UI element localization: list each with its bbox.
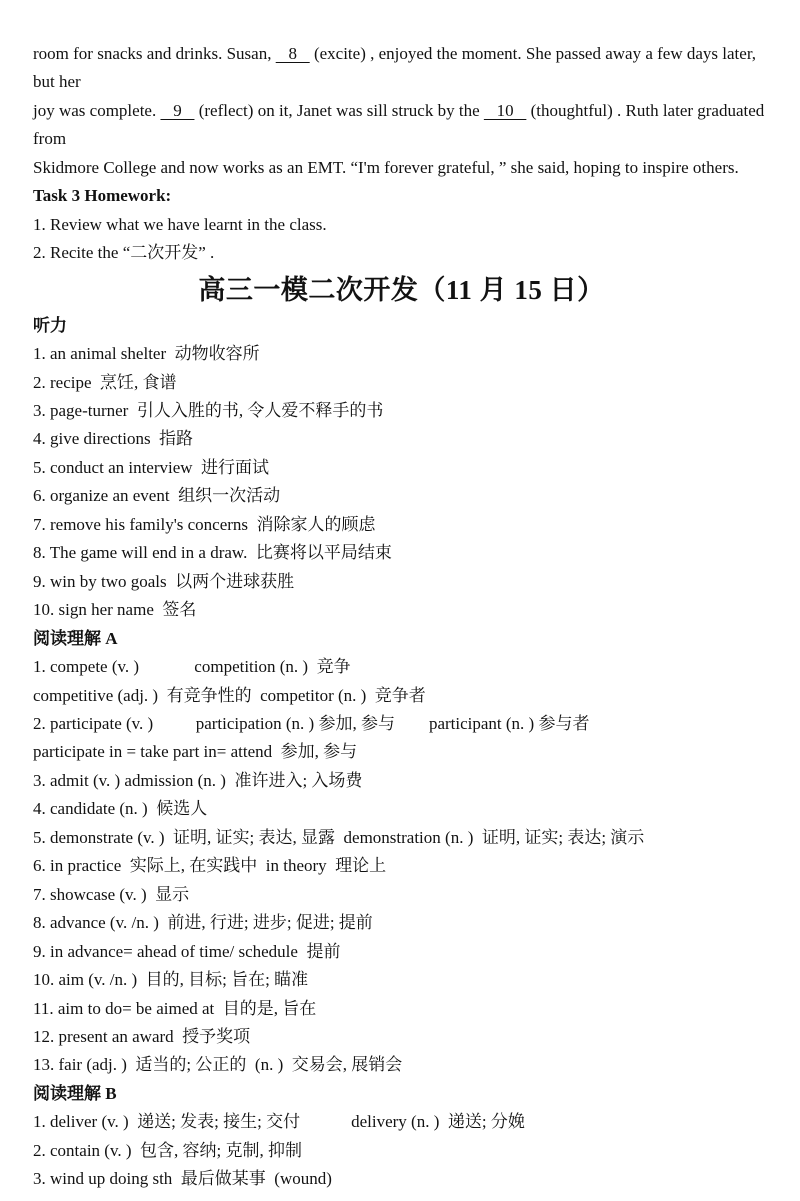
paragraph-text: joy was complete. bbox=[33, 101, 160, 120]
vocab-item: 3. page-turner 引人入胜的书, 令人爱不释手的书 bbox=[33, 397, 770, 425]
section-heading: 听力 bbox=[33, 312, 770, 340]
fill-in-blank: 10 bbox=[484, 101, 527, 120]
page-title: 高三一模二次开发（11 月 15 日） bbox=[33, 268, 770, 312]
vocab-item: 9. in advance= ahead of time/ schedule 提… bbox=[33, 938, 770, 966]
vocab-item: competitive (adj. ) 有竞争性的 competitor (n.… bbox=[33, 682, 770, 710]
vocab-item: 4. candidate (n. ) 候选人 bbox=[33, 795, 770, 823]
vocab-item: 13. fair (adj. ) 适当的; 公正的 (n. ) 交易会, 展销会 bbox=[33, 1051, 770, 1079]
vocab-item: 10. sign her name 签名 bbox=[33, 596, 770, 624]
vocab-item: 5. conduct an interview 进行面试 bbox=[33, 454, 770, 482]
homework-item: 2. Recite the “二次开发” . bbox=[33, 239, 770, 267]
paragraph-line: joy was complete. 9 (reflect) on it, Jan… bbox=[33, 97, 770, 154]
vocab-item: participate in = take part in= attend 参加… bbox=[33, 738, 770, 766]
homework-item: 1. Review what we have learnt in the cla… bbox=[33, 211, 770, 239]
section-heading: 阅读理解 B bbox=[33, 1080, 770, 1108]
vocab-item: 9. win by two goals 以两个进球获胜 bbox=[33, 568, 770, 596]
vocab-item: 2. recipe 烹饪, 食谱 bbox=[33, 369, 770, 397]
vocab-item: 6. in practice 实际上, 在实践中 in theory 理论上 bbox=[33, 852, 770, 880]
vocab-item: 4. give directions 指路 bbox=[33, 425, 770, 453]
vocab-list-reading-a: 1. compete (v. ) competition (n. ) 竞争com… bbox=[33, 653, 770, 1080]
vocab-item: 2. participate (v. ) participation (n. )… bbox=[33, 710, 770, 738]
paragraph-text: (reflect) on it, Janet was sill struck b… bbox=[194, 101, 483, 120]
homework-list: 1. Review what we have learnt in the cla… bbox=[33, 211, 770, 268]
section-listening: 听力 1. an animal shelter 动物收容所2. recipe 烹… bbox=[33, 312, 770, 625]
paragraph-text: room for snacks and drinks. Susan, bbox=[33, 44, 276, 63]
vocab-item: 11. aim to do= be aimed at 目的是, 旨在 bbox=[33, 995, 770, 1023]
vocab-item: 1. compete (v. ) competition (n. ) 竞争 bbox=[33, 653, 770, 681]
intro-paragraph: room for snacks and drinks. Susan, 8 (ex… bbox=[33, 40, 770, 182]
vocab-item: 1. deliver (v. ) 递送; 发表; 接生; 交付 delivery… bbox=[33, 1108, 770, 1136]
fill-in-blank: 8 bbox=[276, 44, 310, 63]
vocab-item: 7. remove his family's concerns 消除家人的顾虑 bbox=[33, 511, 770, 539]
section-reading-a: 阅读理解 A 1. compete (v. ) competition (n. … bbox=[33, 625, 770, 1080]
vocab-list-reading-b: 1. deliver (v. ) 递送; 发表; 接生; 交付 delivery… bbox=[33, 1108, 770, 1193]
vocab-list-listening: 1. an animal shelter 动物收容所2. recipe 烹饪, … bbox=[33, 340, 770, 625]
vocab-item: 5. demonstrate (v. ) 证明, 证实; 表达, 显露 demo… bbox=[33, 824, 770, 852]
section-reading-b: 阅读理解 B 1. deliver (v. ) 递送; 发表; 接生; 交付 d… bbox=[33, 1080, 770, 1194]
vocab-item: 10. aim (v. /n. ) 目的, 目标; 旨在; 瞄准 bbox=[33, 966, 770, 994]
vocab-item: 8. The game will end in a draw. 比赛将以平局结束 bbox=[33, 539, 770, 567]
paragraph-line: room for snacks and drinks. Susan, 8 (ex… bbox=[33, 40, 770, 97]
paragraph-line: Skidmore College and now works as an EMT… bbox=[33, 154, 770, 182]
document-page: room for snacks and drinks. Susan, 8 (ex… bbox=[0, 0, 800, 1194]
homework-heading: Task 3 Homework: bbox=[33, 182, 770, 210]
fill-in-blank: 9 bbox=[160, 101, 194, 120]
vocab-item: 2. contain (v. ) 包含, 容纳; 克制, 抑制 bbox=[33, 1137, 770, 1165]
vocab-item: 12. present an award 授予奖项 bbox=[33, 1023, 770, 1051]
section-heading: 阅读理解 A bbox=[33, 625, 770, 653]
paragraph-text: Skidmore College and now works as an EMT… bbox=[33, 158, 739, 177]
vocab-item: 3. admit (v. ) admission (n. ) 准许进入; 入场费 bbox=[33, 767, 770, 795]
vocab-item: 3. wind up doing sth 最后做某事 (wound) bbox=[33, 1165, 770, 1193]
vocab-item: 8. advance (v. /n. ) 前进, 行进; 进步; 促进; 提前 bbox=[33, 909, 770, 937]
vocab-item: 7. showcase (v. ) 显示 bbox=[33, 881, 770, 909]
vocab-item: 1. an animal shelter 动物收容所 bbox=[33, 340, 770, 368]
vocab-item: 6. organize an event 组织一次活动 bbox=[33, 482, 770, 510]
